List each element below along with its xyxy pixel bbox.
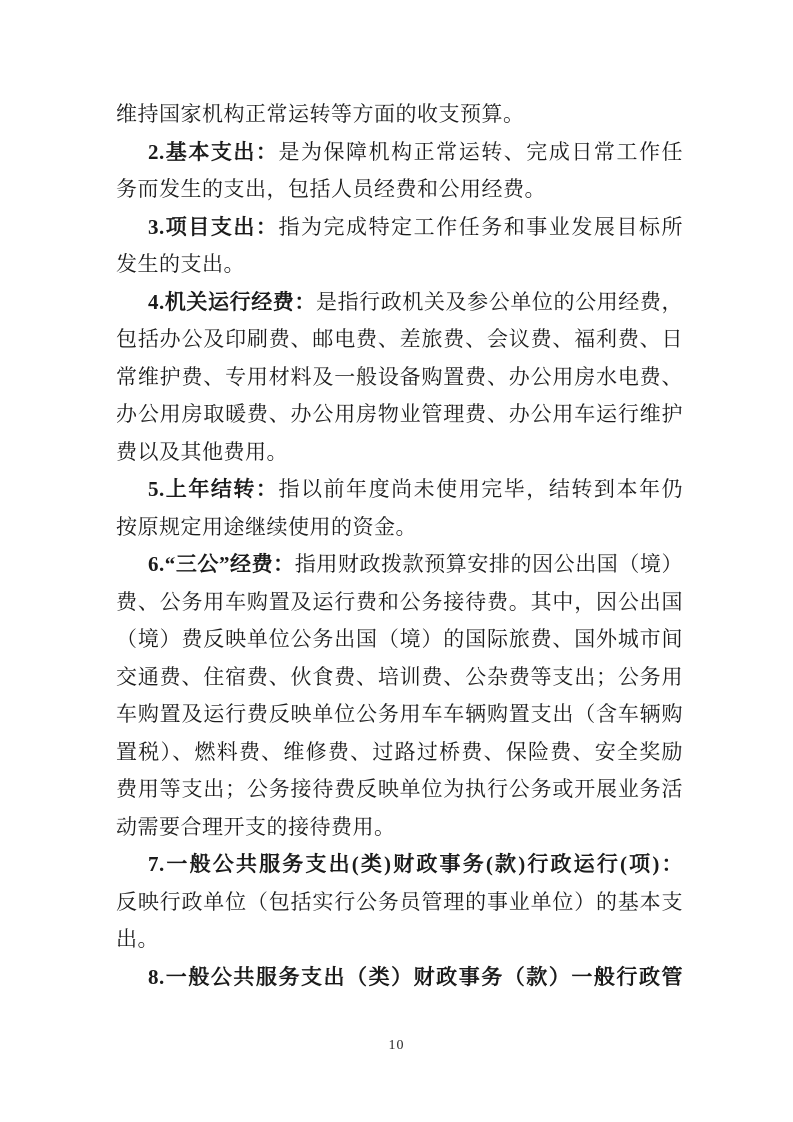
text-line: 费用等支出；公务接待费反映单位为执行公务或开展业务活 bbox=[116, 771, 683, 809]
text-line: 按原规定用途继续使用的资金。 bbox=[116, 509, 683, 547]
heading-segment: 4.机关运行经费： bbox=[148, 290, 316, 314]
heading-segment: 6.“三公”经费： bbox=[148, 552, 295, 576]
text-line: 2.基本支出：是为保障机构正常运转、完成日常工作任 bbox=[116, 134, 683, 172]
text-segment: 费用等支出；公务接待费反映单位为执行公务或开展业务活 bbox=[116, 777, 683, 801]
text-line: 反映行政单位（包括实行公务员管理的事业单位）的基本支 bbox=[116, 884, 683, 922]
heading-segment: 3.项目支出： bbox=[148, 215, 278, 239]
text-segment: 动需要合理开支的接待费用。 bbox=[116, 815, 396, 839]
text-segment: 反映行政单位（包括实行公务员管理的事业单位）的基本支 bbox=[116, 890, 683, 914]
text-line: 包括办公及印刷费、邮电费、差旅费、会议费、福利费、日 bbox=[116, 321, 683, 359]
text-line: 3.项目支出：指为完成特定工作任务和事业发展目标所 bbox=[116, 209, 683, 247]
text-line: 交通费、住宿费、伙食费、培训费、公杂费等支出；公务用 bbox=[116, 659, 683, 697]
text-segment: 发生的支出。 bbox=[116, 252, 245, 276]
text-segment: 办公用房取暖费、办公用房物业管理费、办公用车运行维护 bbox=[116, 402, 683, 426]
text-segment: 维持国家机构正常运转等方面的收支预算。 bbox=[116, 102, 525, 126]
text-segment: 指用财政拨款预算安排的因公出国（境） bbox=[295, 552, 683, 576]
text-line: 6.“三公”经费：指用财政拨款预算安排的因公出国（境） bbox=[116, 546, 683, 584]
text-segment: 费、公务用车购置及运行费和公务接待费。其中，因公出国 bbox=[116, 590, 683, 614]
text-line: 出。 bbox=[116, 921, 683, 959]
heading-segment: 8.一般公共服务支出（类）财政事务（款）一般行政管 bbox=[148, 965, 683, 989]
text-line: （境）费反映单位公务出国（境）的国际旅费、国外城市间 bbox=[116, 621, 683, 659]
text-segment: 是指行政机关及参公单位的公用经费， bbox=[316, 290, 683, 314]
text-segment: 包括办公及印刷费、邮电费、差旅费、会议费、福利费、日 bbox=[116, 327, 683, 351]
text-segment: 按原规定用途继续使用的资金。 bbox=[116, 515, 417, 539]
text-segment: 指为完成特定工作任务和事业发展目标所 bbox=[278, 215, 683, 239]
text-segment: 指以前年度尚未使用完毕，结转到本年仍 bbox=[278, 477, 683, 501]
text-line: 置税）、燃料费、维修费、过路过桥费、保险费、安全奖励 bbox=[116, 734, 683, 772]
text-line: 费、公务用车购置及运行费和公务接待费。其中，因公出国 bbox=[116, 584, 683, 622]
text-line: 5.上年结转：指以前年度尚未使用完毕，结转到本年仍 bbox=[116, 471, 683, 509]
text-line: 4.机关运行经费：是指行政机关及参公单位的公用经费， bbox=[116, 284, 683, 322]
text-segment: 交通费、住宿费、伙食费、培训费、公杂费等支出；公务用 bbox=[116, 665, 683, 689]
text-line: 维持国家机构正常运转等方面的收支预算。 bbox=[116, 96, 683, 134]
text-segment: 置税）、燃料费、维修费、过路过桥费、保险费、安全奖励 bbox=[116, 740, 683, 764]
text-line: 动需要合理开支的接待费用。 bbox=[116, 809, 683, 847]
text-line: 8.一般公共服务支出（类）财政事务（款）一般行政管 bbox=[116, 959, 683, 997]
text-line: 务而发生的支出，包括人员经费和公用经费。 bbox=[116, 171, 683, 209]
text-segment: 是为保障机构正常运转、完成日常工作任 bbox=[278, 140, 683, 164]
text-segment: 费以及其他费用。 bbox=[116, 440, 288, 464]
text-line: 发生的支出。 bbox=[116, 246, 683, 284]
text-line: 常维护费、专用材料及一般设备购置费、办公用房水电费、 bbox=[116, 359, 683, 397]
page-number: 10 bbox=[0, 1038, 793, 1054]
document-page: 维持国家机构正常运转等方面的收支预算。2.基本支出：是为保障机构正常运转、完成日… bbox=[0, 0, 793, 1122]
body-text: 维持国家机构正常运转等方面的收支预算。2.基本支出：是为保障机构正常运转、完成日… bbox=[116, 96, 683, 996]
text-segment: 出。 bbox=[116, 927, 159, 951]
text-segment: 常维护费、专用材料及一般设备购置费、办公用房水电费、 bbox=[116, 365, 683, 389]
heading-segment: 5.上年结转： bbox=[148, 477, 278, 501]
heading-segment: 7.一般公共服务支出(类)财政事务(款)行政运行(项)： bbox=[148, 852, 683, 876]
heading-segment: 2.基本支出： bbox=[148, 140, 278, 164]
text-line: 办公用房取暖费、办公用房物业管理费、办公用车运行维护 bbox=[116, 396, 683, 434]
text-line: 费以及其他费用。 bbox=[116, 434, 683, 472]
text-segment: 车购置及运行费反映单位公务用车车辆购置支出（含车辆购 bbox=[116, 702, 683, 726]
text-line: 车购置及运行费反映单位公务用车车辆购置支出（含车辆购 bbox=[116, 696, 683, 734]
text-line: 7.一般公共服务支出(类)财政事务(款)行政运行(项)： bbox=[116, 846, 683, 884]
text-segment: （境）费反映单位公务出国（境）的国际旅费、国外城市间 bbox=[116, 627, 683, 651]
text-segment: 务而发生的支出，包括人员经费和公用经费。 bbox=[116, 177, 546, 201]
